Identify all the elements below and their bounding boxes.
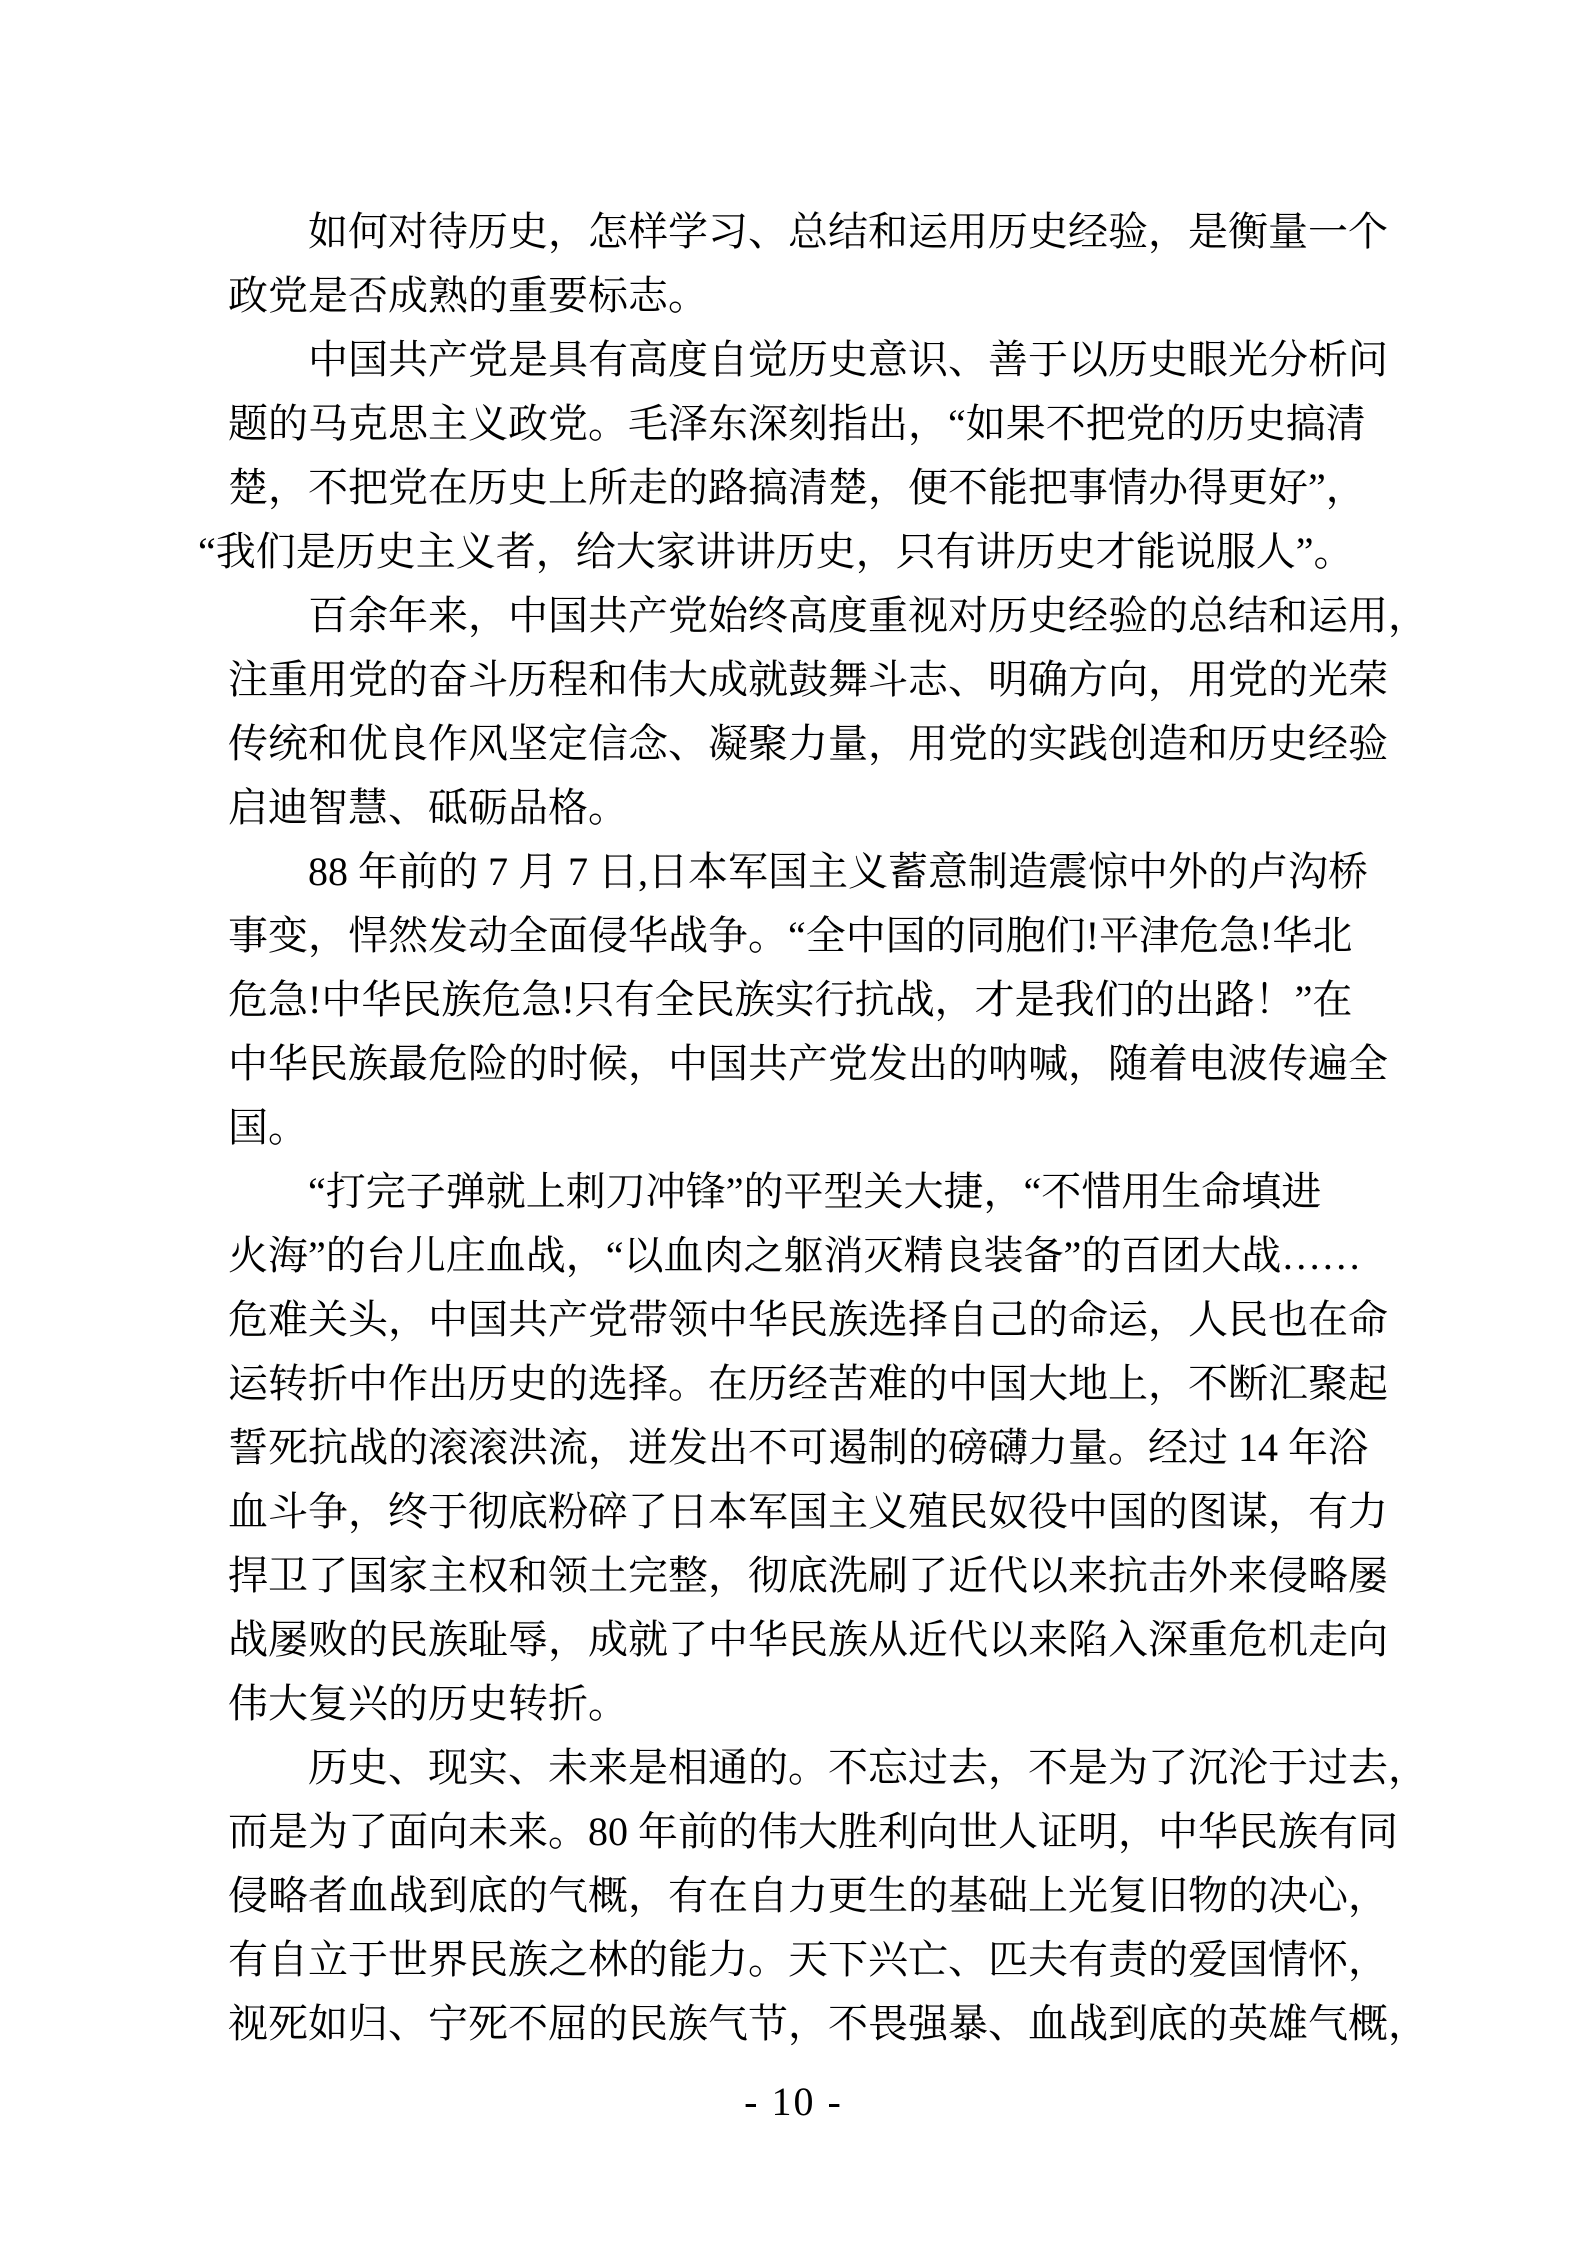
text-line: 国。 <box>228 1096 1398 1160</box>
text-line: 事变，悍然发动全面侵华战争。“全中国的同胞们!平津危急!华北 <box>228 904 1398 968</box>
text-line: 百余年来，中国共产党始终高度重视对历史经验的总结和运用， <box>228 584 1398 648</box>
text-line: 政党是否成熟的重要标志。 <box>228 264 1398 328</box>
text-line: 传统和优良作风坚定信念、凝聚力量，用党的实践创造和历史经验 <box>228 712 1398 776</box>
text-line: 伟大复兴的历史转折。 <box>228 1672 1398 1736</box>
text-line: 危急!中华民族危急!只有全民族实行抗战，才是我们的出路！”在 <box>228 968 1398 1032</box>
text-line: “打完子弹就上刺刀冲锋”的平型关大捷，“不惜用生命填进 <box>228 1160 1398 1224</box>
text-line: 题的马克思主义政党。毛泽东深刻指出，“如果不把党的历史搞清 <box>228 392 1398 456</box>
document-body: 如何对待历史，怎样学习、总结和运用历史经验，是衡量一个 政党是否成熟的重要标志。… <box>228 200 1398 2056</box>
text-line: 楚，不把党在历史上所走的路搞清楚，便不能把事情办得更好”， <box>228 456 1398 520</box>
document-page: 如何对待历史，怎样学习、总结和运用历史经验，是衡量一个 政党是否成熟的重要标志。… <box>0 0 1587 2245</box>
text-line: 88 年前的 7 月 7 日,日本军国主义蓄意制造震惊中外的卢沟桥 <box>228 840 1398 904</box>
text-line: 而是为了面向未来。80 年前的伟大胜利向世人证明，中华民族有同 <box>228 1800 1398 1864</box>
text-line: 捍卫了国家主权和领土完整，彻底洗刷了近代以来抗击外来侵略屡 <box>228 1544 1398 1608</box>
text-line: 历史、现实、未来是相通的。不忘过去，不是为了沉沦于过去， <box>228 1736 1398 1800</box>
text-line: 有自立于世界民族之林的能力。天下兴亡、匹夫有责的爱国情怀， <box>228 1928 1398 1992</box>
text-line: 视死如归、宁死不屈的民族气节，不畏强暴、血战到底的英雄气概， <box>228 1992 1398 2056</box>
text-line: 危难关头，中国共产党带领中华民族选择自己的命运，人民也在命 <box>228 1288 1398 1352</box>
text-line: 注重用党的奋斗历程和伟大成就鼓舞斗志、明确方向，用党的光荣 <box>228 648 1398 712</box>
text-line: 血斗争，终于彻底粉碎了日本军国主义殖民奴役中国的图谋，有力 <box>228 1480 1398 1544</box>
text-line: 火海”的台儿庄血战，“以血肉之躯消灭精良装备”的百团大战…… <box>228 1224 1398 1288</box>
text-line: 战屡败的民族耻辱，成就了中华民族从近代以来陷入深重危机走向 <box>228 1608 1398 1672</box>
text-line: 启迪智慧、砥砺品格。 <box>228 776 1398 840</box>
text-line: “我们是历史主义者，给大家讲讲历史，只有讲历史才能说服人”。 <box>198 520 1398 584</box>
page-number: - 10 - <box>0 2078 1587 2125</box>
text-line: 誓死抗战的滚滚洪流，迸发出不可遏制的磅礴力量。经过 14 年浴 <box>228 1416 1398 1480</box>
text-line: 侵略者血战到底的气概，有在自力更生的基础上光复旧物的决心， <box>228 1864 1398 1928</box>
text-line: 中国共产党是具有高度自觉历史意识、善于以历史眼光分析问 <box>228 328 1398 392</box>
text-line: 如何对待历史，怎样学习、总结和运用历史经验，是衡量一个 <box>228 200 1398 264</box>
text-line: 运转折中作出历史的选择。在历经苦难的中国大地上，不断汇聚起 <box>228 1352 1398 1416</box>
text-line: 中华民族最危险的时候，中国共产党发出的呐喊，随着电波传遍全 <box>228 1032 1398 1096</box>
